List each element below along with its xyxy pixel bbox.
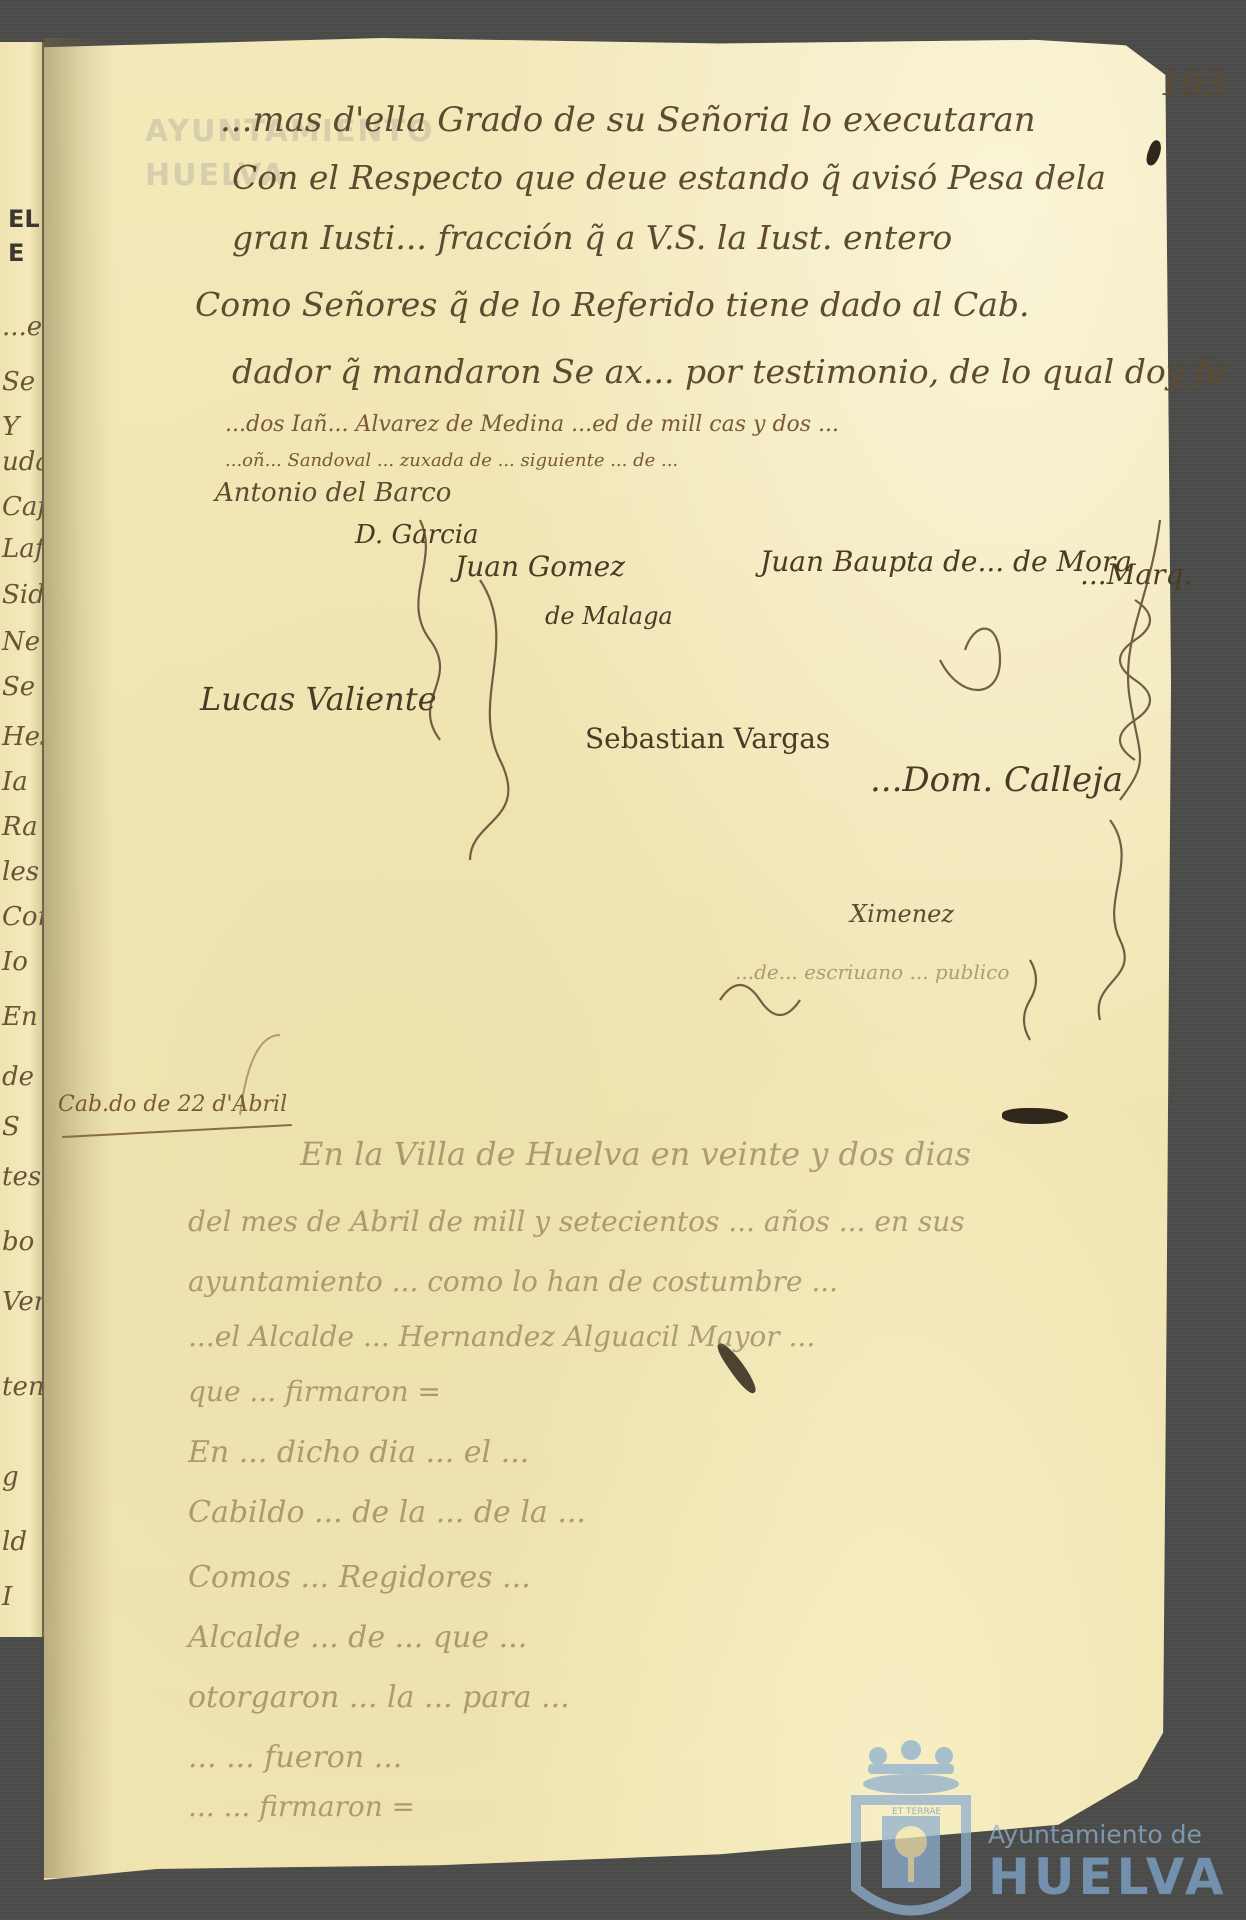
huelva-watermark: ET TERRAE Ayuntamiento de HUELVA	[838, 1720, 1246, 1920]
text-line: Comos ... Regidores ...	[188, 1560, 531, 1595]
text-line: otorgaron ... la ... para ...	[188, 1680, 570, 1715]
text-line: En ... dicho dia ... el ...	[188, 1435, 529, 1470]
text-line: ... ... firmaron =	[188, 1790, 415, 1823]
text-line: que ... firmaron =	[188, 1375, 441, 1408]
text-line: En la Villa de Huelva en veinte y dos di…	[300, 1135, 971, 1173]
text-line: ... ... fueron ...	[188, 1740, 402, 1775]
crest-motto-top: ET TERRAE	[892, 1807, 942, 1817]
ink-blot	[1002, 1108, 1068, 1124]
text-line: ...el Alcalde ... Hernandez Alguacil May…	[188, 1320, 815, 1353]
text-line: ayuntamiento ... como lo han de costumbr…	[188, 1265, 838, 1298]
margin-note: Cab.do de 22 d'Abril	[58, 1092, 287, 1117]
watermark-line-2: HUELVA	[988, 1848, 1228, 1906]
text-line: Cabildo ... de la ... de la ...	[188, 1495, 586, 1530]
huelva-coat-of-arms-icon: ET TERRAE	[846, 1738, 976, 1920]
rubric-flourishes	[0, 0, 1246, 1920]
text-line: Alcalde ... de ... que ...	[188, 1620, 527, 1655]
watermark-line-1: Ayuntamiento de	[988, 1820, 1202, 1849]
text-line: del mes de Abril de mill y setecientos .…	[188, 1205, 965, 1238]
